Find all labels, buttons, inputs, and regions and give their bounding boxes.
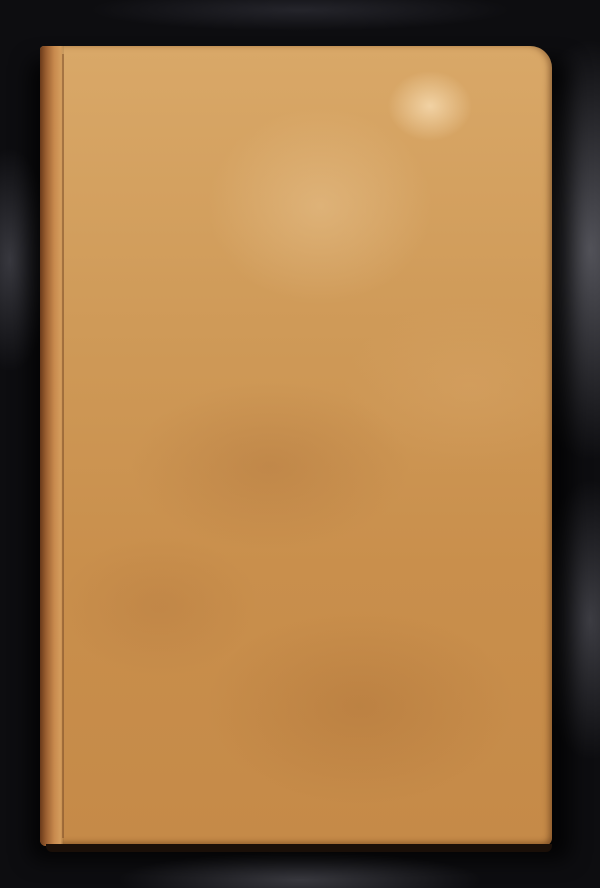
book-bottom-edge	[46, 844, 552, 852]
cover-hinge	[62, 54, 64, 838]
book-spine-edge	[40, 46, 64, 846]
leather-book-cover	[40, 46, 552, 846]
